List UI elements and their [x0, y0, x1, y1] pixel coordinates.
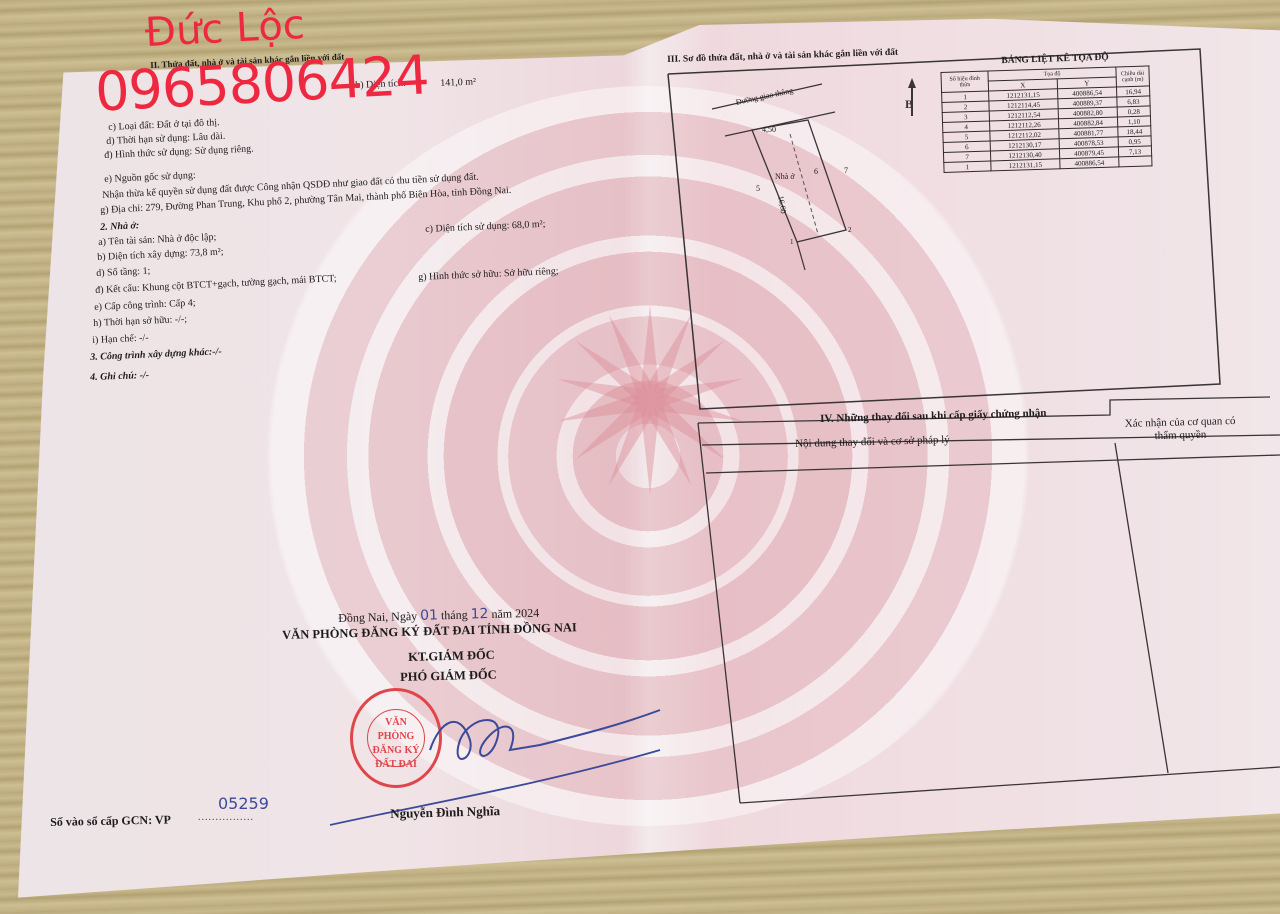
- sign-role: PHÓ GIÁM ĐỐC: [400, 667, 497, 685]
- coordinate-table: Số hiệu đỉnh thửa Tọa độ Chiều dài cạnh …: [940, 65, 1152, 173]
- sign-kt: KT.GIÁM ĐỐC: [408, 648, 495, 665]
- vertex-6: 6: [814, 167, 818, 176]
- registry-label: Số vào sổ cấp GCN: VP: [50, 812, 171, 830]
- coordinate-table-block: BẢNG LIỆT KÊ TỌA ĐỘ Số hiệu đỉnh thửa Tọ…: [940, 51, 1173, 173]
- notes: 4. Ghi chú: -/-: [90, 370, 149, 383]
- land-area-value: 141,0 m²: [440, 76, 476, 89]
- width-label: 4,50: [762, 125, 776, 134]
- signer-name: Nguyễn Đình Nghĩa: [390, 803, 500, 822]
- changes-table-frame: [690, 395, 1280, 815]
- vertex-5: 5: [756, 184, 760, 193]
- house-heading: 2. Nhà ở:: [100, 220, 139, 233]
- watermark-name: Đức Lộc: [144, 2, 306, 56]
- vertex-2: 2: [848, 226, 852, 234]
- registry-number: 05259: [218, 794, 269, 813]
- sign-day: 01: [420, 607, 438, 623]
- certificate-photo: II. Thửa đất, nhà ở và tài sản khác gắn …: [0, 0, 1280, 914]
- vertex-7: 7: [844, 166, 848, 175]
- house-label: Nhà ở: [775, 172, 795, 181]
- changes-col-confirm: Xác nhận của cơ quan có thẩm quyền: [1120, 415, 1241, 444]
- svg-text:B: B: [905, 97, 913, 111]
- sign-month: 12: [470, 606, 488, 622]
- vertex-1: 1: [790, 238, 794, 246]
